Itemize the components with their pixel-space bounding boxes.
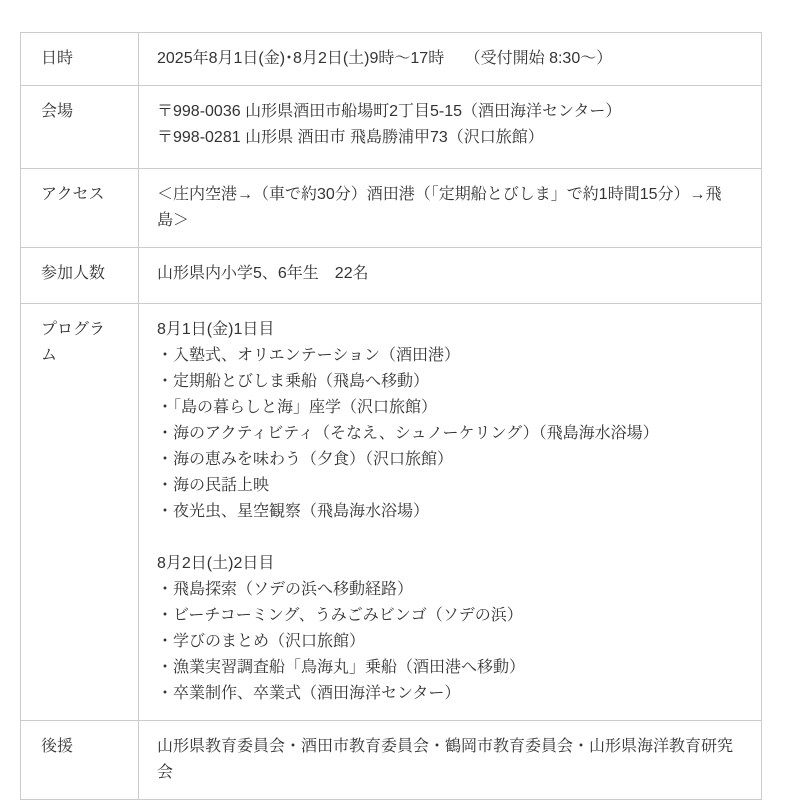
row-content-participants: 山形県内小学5、6年生 22名: [139, 248, 761, 303]
row-label-access: アクセス: [21, 169, 139, 247]
row-label-datetime: 日時: [21, 33, 139, 85]
table-row-program: プログラ ム 8月1日(金)1日目 ・入塾式、オリエンテーション（酒田港） ・定…: [21, 304, 761, 721]
row-content-datetime: 2025年8月1日(金)･8月2日(土)9時～17時 （受付開始 8:30～）: [139, 33, 761, 85]
table-row-sponsors: 後援 山形県教育委員会・酒田市教育委員会・鶴岡市教育委員会・山形県海洋教育研究 …: [21, 721, 761, 799]
table-row-access: アクセス ＜庄内空港→（車で約30分）酒田港（「定期船とびしま」で約1時間15分…: [21, 169, 761, 248]
page: 日時 2025年8月1日(金)･8月2日(土)9時～17時 （受付開始 8:30…: [0, 0, 800, 810]
row-label-participants: 参加人数: [21, 248, 139, 303]
row-content-sponsors: 山形県教育委員会・酒田市教育委員会・鶴岡市教育委員会・山形県海洋教育研究 会: [139, 721, 761, 799]
row-label-venue: 会場: [21, 86, 139, 168]
row-label-sponsors: 後援: [21, 721, 139, 799]
row-content-access: ＜庄内空港→（車で約30分）酒田港（「定期船とびしま」で約1時間15分）→飛 島…: [139, 169, 761, 247]
row-content-venue: 〒998-0036 山形県酒田市船場町2丁目5-15（酒田海洋センター） 〒99…: [139, 86, 761, 168]
row-label-program: プログラ ム: [21, 304, 139, 720]
event-info-table: 日時 2025年8月1日(金)･8月2日(土)9時～17時 （受付開始 8:30…: [20, 32, 762, 800]
row-content-program: 8月1日(金)1日目 ・入塾式、オリエンテーション（酒田港） ・定期船とびしま乗…: [139, 304, 761, 720]
table-row-venue: 会場 〒998-0036 山形県酒田市船場町2丁目5-15（酒田海洋センター） …: [21, 86, 761, 169]
table-row-datetime: 日時 2025年8月1日(金)･8月2日(土)9時～17時 （受付開始 8:30…: [21, 33, 761, 86]
table-row-participants: 参加人数 山形県内小学5、6年生 22名: [21, 248, 761, 304]
